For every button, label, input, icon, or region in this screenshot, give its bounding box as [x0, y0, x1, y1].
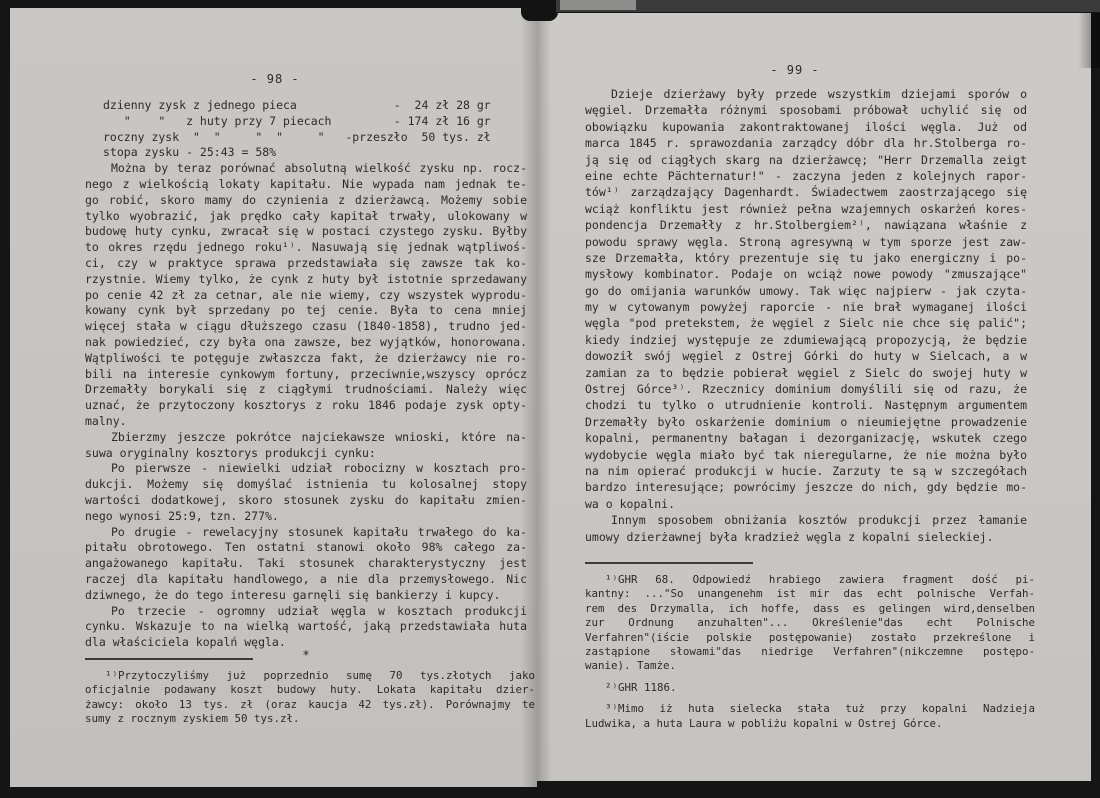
- cost-table: dzienny zysk z jednego pieca - 24 zł 28 …: [85, 98, 527, 161]
- text-line: raczej dla kapitału handlowego, a nie dl…: [85, 572, 527, 588]
- text-line: Po drugie - rewelacyjny stosunek kapitał…: [85, 525, 527, 541]
- text-line: go do omijania warunków umowy. Tak więc …: [585, 283, 1027, 299]
- text-line: umowy dzierżawnej była kradzież węgla z …: [585, 529, 1027, 545]
- text-line: węgiel. Drzemałła różnymi sposobami prób…: [585, 102, 1027, 118]
- right-body-paragraphs: Dzieje dzierżawy były przede wszystkim d…: [585, 86, 1027, 545]
- text-line: eine echte Pächternatur!" - zaczyna jede…: [585, 168, 1027, 184]
- text-line: Po trzecie - ogromny udział węgla w kosz…: [85, 604, 527, 620]
- text-line: bardzo interesujące; powrócimy jeszcze d…: [585, 479, 1027, 495]
- text-line: ²⁾GHR 1186.: [585, 681, 1035, 695]
- text-line: wciąż konfliktu jest również pełna wzaje…: [585, 201, 1027, 217]
- text-line: tylko wyobrazić, jak prędko cały kapitał…: [85, 209, 527, 225]
- text-line: uznać, że przytoczony kosztorys z roku 1…: [85, 398, 527, 414]
- text-line: Zbierzmy jeszcze pokrótce najciekawsze w…: [85, 430, 527, 446]
- text-line: tów¹⁾ zarządzający Dagenhardt. Świadectw…: [585, 184, 1027, 200]
- page-number-left: - 98 -: [85, 72, 465, 86]
- text-line: nak powiedzieć, czy była ona zawsze, bez…: [85, 335, 527, 351]
- table-line: " " z huty przy 7 piecach - 174 zł 16 gr: [103, 114, 527, 130]
- table-line: stopa zysku - 25:43 = 58%: [103, 145, 527, 161]
- text-line: kiedy indziej występuje ze zdumiewającą …: [585, 332, 1027, 348]
- text-line: marca 1845 r. sprawozdania zarządcy dóbr…: [585, 135, 1027, 151]
- text-line: rzystnie. Wiemy tylko, że cynk z huty by…: [85, 272, 527, 288]
- text-line: ³⁾Mimo iż huta sielecka stała tuż przy k…: [585, 702, 1035, 716]
- text-line: angażowanego kapitału. Taki stosunek cha…: [85, 556, 527, 572]
- text-line: wartości dodatkowej, skoro stosunek zysk…: [85, 493, 527, 509]
- footnotes-left: ¹⁾Przytoczyliśmy już poprzednio sumę 70 …: [85, 669, 535, 734]
- text-line: zur Ordnung anzuhalten"... Określenie"da…: [585, 616, 1035, 630]
- text-line: Można by teraz porównać absolutną wielko…: [85, 161, 527, 177]
- text-line: Dzieje dzierżawy były przede wszystkim d…: [585, 86, 1027, 102]
- paragraph: Po trzecie - ogromny udział węgla w kosz…: [85, 604, 527, 651]
- paragraph: ¹⁾Przytoczyliśmy już poprzednio sumę 70 …: [85, 669, 535, 727]
- text-line: kantny: ..."So unangenehm ist mir das ec…: [585, 587, 1035, 601]
- right-text-column: Dzieje dzierżawy były przede wszystkim d…: [585, 86, 1027, 545]
- table-line: roczny zysk " " " " " -przeszło 50 tys. …: [103, 130, 527, 146]
- text-line: Ludwika, a huta Laura w pobliżu kopalni …: [585, 717, 1035, 731]
- text-line: wanie). Tamże.: [585, 659, 1035, 673]
- left-body-paragraphs: Można by teraz porównać absolutną wielko…: [85, 161, 527, 651]
- paragraph: ³⁾Mimo iż huta sielecka stała tuż przy k…: [585, 702, 1035, 731]
- paragraph: Innym sposobem obniżania kosztów produkc…: [585, 512, 1027, 545]
- text-line: ¹⁾Przytoczyliśmy już poprzednio sumę 70 …: [85, 669, 535, 683]
- text-line: my w cytowanym powyżej raporcie - nie br…: [585, 299, 1027, 315]
- book-scan: { "scan": { "background_color": "#151515…: [0, 0, 1100, 798]
- paragraph: Zbierzmy jeszcze pokrótce najciekawsze w…: [85, 430, 527, 462]
- left-text-column: dzienny zysk z jednego pieca - 24 zł 28 …: [85, 98, 527, 651]
- text-line: rem des Drzymalla, ich hoffe, dass es ge…: [585, 602, 1035, 616]
- text-line: oficjalnie podawany koszt budowy huty. L…: [85, 683, 535, 697]
- text-line: budowę huty cynku, zwracał się w postaci…: [85, 224, 527, 240]
- text-line: wa o kopalni.: [585, 496, 1027, 512]
- text-line: nego z wielkością lokaty kapitału. Nie w…: [85, 177, 527, 193]
- text-line: malny.: [85, 414, 527, 430]
- text-line: pondencja Drzemałły z hr.Stolbergiem²⁾, …: [585, 217, 1027, 233]
- paragraph: Można by teraz porównać absolutną wielko…: [85, 161, 527, 430]
- text-line: go robić, skoro mamy do czynienia z dzie…: [85, 193, 527, 209]
- scan-edge-artifact: [556, 0, 1100, 12]
- left-page: - 98 - dzienny zysk z jednego pieca - 24…: [10, 8, 537, 787]
- paragraph: ²⁾GHR 1186.: [585, 681, 1035, 695]
- text-line: cynku. Wskazuje to na wielką wartość, ja…: [85, 619, 527, 635]
- text-line: Po pierwsze - niewielki udział robocizny…: [85, 461, 527, 477]
- text-line: wydobycie węgla miało być tak nieregular…: [585, 447, 1027, 463]
- right-page: - 99 - Dzieje dzierżawy były przede wszy…: [537, 13, 1091, 781]
- text-line: zastąpione słowami"das niedrige Verfahre…: [585, 645, 1035, 659]
- text-line: dowoził swój węgiel z Ostrej Górki do hu…: [585, 348, 1027, 364]
- text-line: sze Drzemałła, który prezentuje się tu j…: [585, 250, 1027, 266]
- text-line: dukcji. Możemy się domyślać istnienia tu…: [85, 477, 527, 493]
- text-line: Wątpliwości te potęguje zwłaszcza fakt, …: [85, 351, 527, 367]
- footnotes-right: ¹⁾GHR 68. Odpowiedź hrabiego zawiera fra…: [585, 573, 1035, 738]
- paragraph: Po drugie - rewelacyjny stosunek kapitał…: [85, 525, 527, 604]
- text-line: węgla "pod pretekstem, że węgiel z Sielc…: [585, 315, 1027, 331]
- text-line: bili na interesie cynkowym fortuny, prze…: [85, 367, 527, 383]
- text-line: na nim opierać produkcji w hucie. Zarzut…: [585, 463, 1027, 479]
- text-line: Drzemałły borykali się z ciągłymi trudno…: [85, 382, 527, 398]
- text-line: Innym sposobem obniżania kosztów produkc…: [585, 512, 1027, 528]
- text-line: mysłowy kombinator. Podaje on wciąż nowe…: [585, 266, 1027, 282]
- paragraph: Dzieje dzierżawy były przede wszystkim d…: [585, 86, 1027, 512]
- text-line: zamian za to będzie pobierał węgiel z Si…: [585, 365, 1027, 381]
- text-line: nego wynosi 25:9, tzn. 277%.: [85, 509, 527, 525]
- footnote-separator-left: [85, 658, 253, 660]
- table-line: dzienny zysk z jednego pieca - 24 zł 28 …: [103, 98, 527, 114]
- page-corner-shadow: [1078, 13, 1100, 68]
- binding-clip-artifact: [521, 0, 558, 21]
- text-line: dziwnego, że do tego interesu garnęli si…: [85, 588, 527, 604]
- text-line: po cenie 42 zł za cetnar, ale nie wiemy,…: [85, 288, 527, 304]
- paragraph: ¹⁾GHR 68. Odpowiedź hrabiego zawiera fra…: [585, 573, 1035, 674]
- text-line: Ostrej Górce³⁾. Rzecznicy dominium domyś…: [585, 381, 1027, 397]
- text-line: ¹⁾GHR 68. Odpowiedź hrabiego zawiera fra…: [585, 573, 1035, 587]
- text-line: Drzemałły było oskarżenie dominium o nie…: [585, 414, 1027, 430]
- text-line: żawcy: około 13 tys. zł (oraz kaucja 42 …: [85, 698, 535, 712]
- text-line: kowany cynk był sprzedany po tej cenie. …: [85, 303, 527, 319]
- text-line: ją się od ciągłych skarg na dzierżawcę; …: [585, 152, 1027, 168]
- text-line: ci, czy w praktyce sprawa przedstawiała …: [85, 256, 527, 272]
- text-line: sumy z rocznym zyskiem 50 tys.zł.: [85, 712, 535, 726]
- text-line: Verfahren"(iście polskie postępowanie) z…: [585, 631, 1035, 645]
- paragraph: Po pierwsze - niewielki udział robocizny…: [85, 461, 527, 524]
- text-line: pitału obrotowego. Ten ostatni stanowi o…: [85, 540, 527, 556]
- footnote-separator-right: [585, 562, 753, 564]
- text-line: to okres rzędu jednego roku¹⁾. Nasuwają …: [85, 240, 527, 256]
- text-line: obowiązku kupowania zakontraktowanej ilo…: [585, 119, 1027, 135]
- text-line: więcej stała w ciągu dłuższego czasu (18…: [85, 319, 527, 335]
- text-line: chodzi tu tylko o utrudnienie kontroli. …: [585, 397, 1027, 413]
- text-line: suwa oryginalny kosztorys produkcji cynk…: [85, 446, 527, 462]
- page-number-right: - 99 -: [585, 63, 1005, 77]
- text-line: kopalni, permanentny bałagan i dezorgani…: [585, 430, 1027, 446]
- scan-edge-tab-artifact: [560, 0, 636, 10]
- text-line: powodu sprawy węgla. Stroną agresywną w …: [585, 234, 1027, 250]
